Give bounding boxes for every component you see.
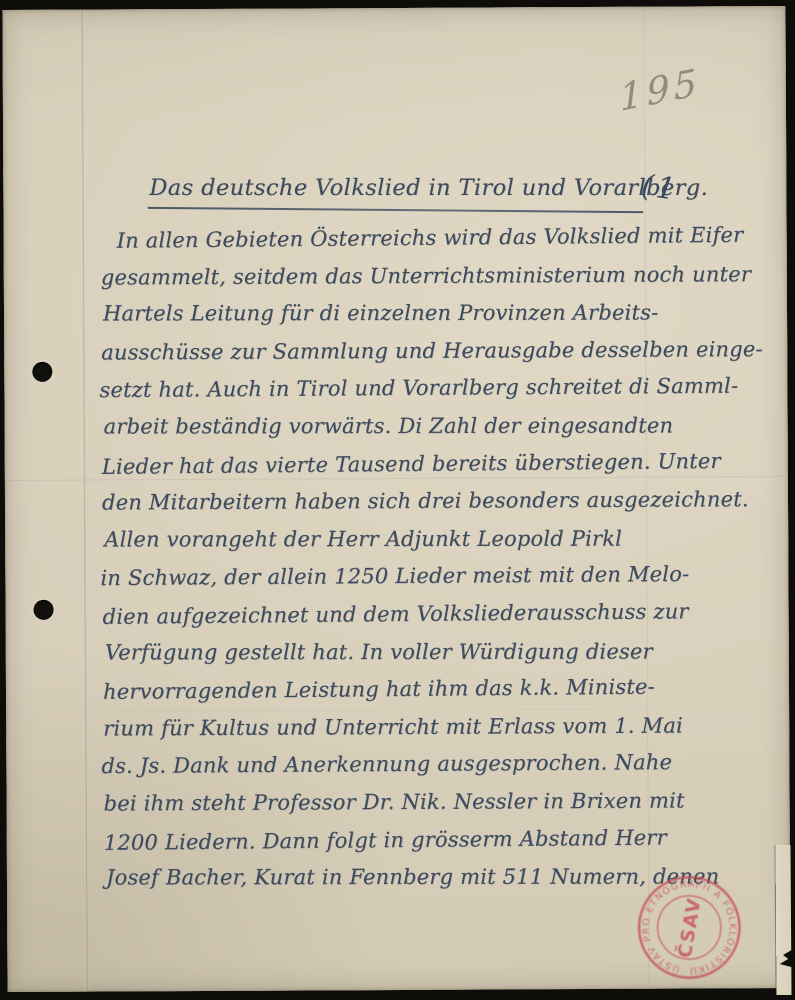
manuscript-line: den Mitarbeitern haben sich drei besonde… [102, 482, 708, 523]
underlying-sheet-edge [774, 845, 791, 995]
manuscript-line: 1200 Liedern. Dann folgt in grösserm Abs… [104, 819, 710, 862]
manuscript-line: hervorragenden Leistung hat ihm das k.k.… [103, 668, 709, 711]
manuscript-line: ds. Js. Dank und Anerkennung ausgesproch… [101, 744, 707, 786]
manuscript-line: arbeit beständig vorwärts. Di Zahl der e… [104, 407, 710, 446]
punch-hole-bottom [34, 600, 54, 620]
punch-hole-top [32, 362, 52, 382]
manuscript-line: Verfügung gestellt hat. In voller Würdig… [105, 633, 711, 672]
manuscript-line: dien aufgezeichnet und dem Volksliederau… [102, 593, 708, 636]
manuscript-page: 195 Das deutsche Volkslied in Tirol und … [2, 6, 790, 992]
manuscript-line: Allen vorangeht der Herr Adjunkt Leopold… [104, 520, 710, 559]
manuscript-line: in Schwaz, der allein 1250 Lieder meist … [100, 556, 706, 598]
manuscript-line: Josef Bacher, Kurat in Fennberg mit 511 … [106, 859, 712, 898]
manuscript-line: In allen Gebieten Österreichs wird das V… [116, 217, 706, 260]
vertical-fold-crease [80, 10, 88, 992]
scanned-document: 195 Das deutsche Volkslied in Tirol und … [0, 0, 795, 1000]
stamp-center-text: ČSAV [672, 895, 706, 959]
title-underline [147, 207, 643, 214]
manuscript-line: setzt hat. Auch in Tirol und Vorarlberg … [99, 368, 705, 410]
manuscript-body: In allen Gebieten Österreichs wird das V… [101, 218, 711, 898]
document-title: Das deutsche Volkslied in Tirol und Vora… [149, 175, 708, 201]
manuscript-line: rium für Kultus und Unterricht mit Erlas… [103, 707, 709, 748]
manuscript-line: Hartels Leitung für di einzelnen Provinz… [103, 295, 709, 334]
manuscript-line: gesammelt, seitdem das Unterrichtsminist… [101, 256, 707, 297]
manuscript-line: bei ihm steht Professor Dr. Nik. Nessler… [103, 782, 709, 823]
manuscript-line: Lieder hat das vierte Tausend bereits üb… [102, 443, 708, 486]
archive-stamp: ÚSTAV PRO ETNOGRAFII A FOLKLORISTIKU ČSA… [620, 858, 759, 997]
manuscript-line: ausschüsse zur Sammlung und Herausgabe d… [101, 331, 707, 372]
paragraph-margin-mark: (1 [639, 168, 680, 208]
pencil-page-number: 195 [618, 60, 702, 120]
